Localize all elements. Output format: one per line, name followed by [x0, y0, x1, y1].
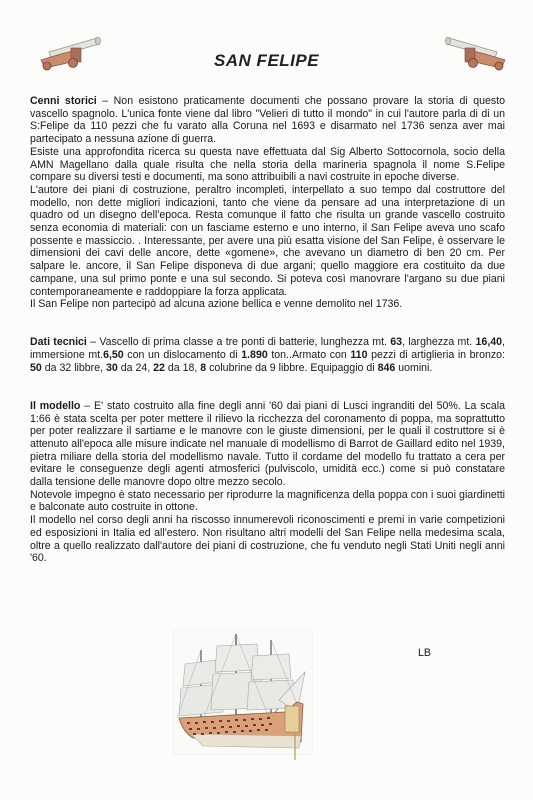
text: ton..Armato con — [268, 349, 351, 361]
text: pezzi di artiglieria in bronzo: — [367, 349, 505, 361]
width-value: 16,40 — [476, 336, 503, 348]
section-heading-dati: Dati tecnici — [30, 336, 87, 348]
guns-24-value: 30 — [106, 362, 118, 374]
section-heading-cenni: Cenni storici — [30, 95, 97, 107]
text: colubrine da 9 libbre. Equipaggio di — [206, 362, 377, 374]
cenni-paragraph-4: Il San Felipe non partecipò ad alcuna az… — [30, 298, 505, 311]
modello-text-1: E' stato costruito alla fine degli anni … — [30, 400, 505, 488]
dash: – — [97, 95, 114, 107]
text: uomini. — [395, 362, 432, 374]
page-title: SAN FELIPE — [0, 51, 533, 71]
crew-value: 846 — [378, 362, 396, 374]
guns-18-value: 22 — [153, 362, 165, 374]
guns-value: 110 — [350, 349, 367, 361]
text: Vascello di prima classe a tre ponti di … — [99, 336, 390, 348]
article-body: Cenni storici – Non esistono praticament… — [30, 95, 505, 565]
guns-32-value: 50 — [30, 362, 42, 374]
cenni-paragraph-1: Cenni storici – Non esistono praticament… — [30, 95, 505, 146]
draft-value: 6,50 — [103, 349, 124, 361]
text: con un dislocamento di — [124, 349, 242, 361]
displacement-value: 1.890 — [241, 349, 268, 361]
text: , larghezza mt. — [402, 336, 475, 348]
section-heading-modello: Il modello — [30, 400, 80, 412]
ship-model-image — [173, 630, 313, 768]
text: da 18, — [165, 362, 200, 374]
text: da 24, — [118, 362, 153, 374]
cenni-paragraph-2: Esiste una approfondita ricerca su quest… — [30, 146, 505, 184]
author-signature: LB — [418, 647, 431, 659]
cenni-paragraph-3: L'autore dei piani di costruzione, peral… — [30, 184, 505, 298]
dati-paragraph: Dati tecnici – Vascello di prima classe … — [30, 336, 505, 374]
dash: – — [80, 400, 94, 412]
modello-paragraph-1: Il modello – E' stato costruito alla fin… — [30, 400, 505, 489]
dash: – — [87, 336, 99, 348]
text: da 32 libbre, — [42, 362, 106, 374]
modello-paragraph-2: Notevole impegno è stato necessario per … — [30, 489, 505, 514]
modello-paragraph-3: Il modello nel corso degli anni ha risco… — [30, 514, 505, 565]
length-value: 63 — [390, 336, 402, 348]
